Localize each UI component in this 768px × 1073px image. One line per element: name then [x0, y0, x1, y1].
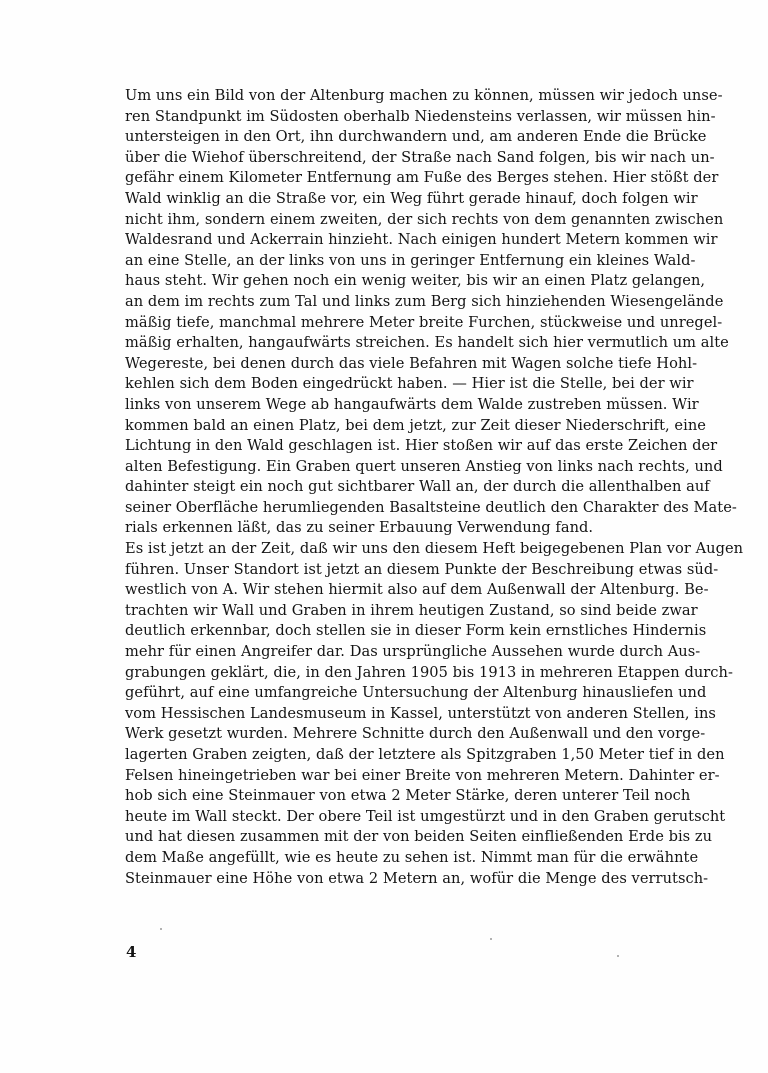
text-line: lagerten Graben zeigten, daß der letzter… — [125, 745, 649, 766]
text-line: und hat diesen zusammen mit der von beid… — [125, 827, 649, 848]
text-line: Wald winklig an die Straße vor, ein Weg … — [125, 189, 649, 210]
text-line: dem Maße angefüllt, wie es heute zu sehe… — [125, 848, 649, 869]
text-line: westlich von A. Wir stehen hiermit also … — [125, 580, 649, 601]
text-line: hob sich eine Steinmauer von etwa 2 Mete… — [125, 786, 649, 807]
scan-speck — [617, 955, 619, 957]
text-line: Waldesrand und Ackerrain hinzieht. Nach … — [125, 230, 649, 251]
text-line: an dem im rechts zum Tal und links zum B… — [125, 292, 649, 313]
text-line: kommen bald an einen Platz, bei dem jetz… — [125, 416, 649, 437]
page-number: 4 — [126, 942, 136, 962]
text-line: mäßig erhalten, hangaufwärts streichen. … — [125, 333, 649, 354]
text-line: seiner Oberfläche herumliegenden Basalts… — [125, 498, 649, 519]
text-line: geführt, auf eine umfangreiche Untersuch… — [125, 683, 649, 704]
text-line: untersteigen in den Ort, ihn durchwander… — [125, 127, 649, 148]
text-line: rials erkennen läßt, das zu seiner Erbau… — [125, 518, 649, 539]
text-line: über die Wiehof überschreitend, der Stra… — [125, 148, 649, 169]
text-line: ren Standpunkt im Südosten oberhalb Nied… — [125, 107, 649, 128]
text-line: Es ist jetzt an der Zeit, daß wir uns de… — [125, 539, 649, 560]
text-line: Wegereste, bei denen durch das viele Bef… — [125, 354, 649, 375]
document-page: Um uns ein Bild von der Altenburg machen… — [0, 0, 768, 1073]
text-line: Steinmauer eine Höhe von etwa 2 Metern a… — [125, 869, 649, 890]
text-line: führen. Unser Standort ist jetzt an dies… — [125, 560, 649, 581]
text-line: kehlen sich dem Boden eingedrückt haben.… — [125, 374, 649, 395]
text-line: Werk gesetzt wurden. Mehrere Schnitte du… — [125, 724, 649, 745]
paragraph-1: Um uns ein Bild von der Altenburg machen… — [125, 86, 649, 539]
text-line: mehr für einen Angreifer dar. Das ursprü… — [125, 642, 649, 663]
text-line: Felsen hineingetrieben war bei einer Bre… — [125, 766, 649, 787]
text-line: Lichtung in den Wald geschlagen ist. Hie… — [125, 436, 649, 457]
text-line: Um uns ein Bild von der Altenburg machen… — [125, 86, 649, 107]
text-line: links von unserem Wege ab hangaufwärts d… — [125, 395, 649, 416]
body-text: Um uns ein Bild von der Altenburg machen… — [125, 86, 649, 889]
scan-speck — [160, 928, 162, 930]
text-line: deutlich erkennbar, doch stellen sie in … — [125, 621, 649, 642]
text-line: trachten wir Wall und Graben in ihrem he… — [125, 601, 649, 622]
scan-speck — [490, 938, 492, 940]
text-line: gefähr einem Kilometer Entfernung am Fuß… — [125, 168, 649, 189]
text-line: heute im Wall steckt. Der obere Teil ist… — [125, 807, 649, 828]
text-line: haus steht. Wir gehen noch ein wenig wei… — [125, 271, 649, 292]
paragraph-2: Es ist jetzt an der Zeit, daß wir uns de… — [125, 539, 649, 889]
text-line: nicht ihm, sondern einem zweiten, der si… — [125, 210, 649, 231]
text-line: dahinter steigt ein noch gut sichtbarer … — [125, 477, 649, 498]
text-line: vom Hessischen Landesmuseum in Kassel, u… — [125, 704, 649, 725]
text-line: mäßig tiefe, manchmal mehrere Meter brei… — [125, 313, 649, 334]
text-line: an eine Stelle, an der links von uns in … — [125, 251, 649, 272]
text-line: grabungen geklärt, die, in den Jahren 19… — [125, 663, 649, 684]
text-line: alten Befestigung. Ein Graben quert unse… — [125, 457, 649, 478]
